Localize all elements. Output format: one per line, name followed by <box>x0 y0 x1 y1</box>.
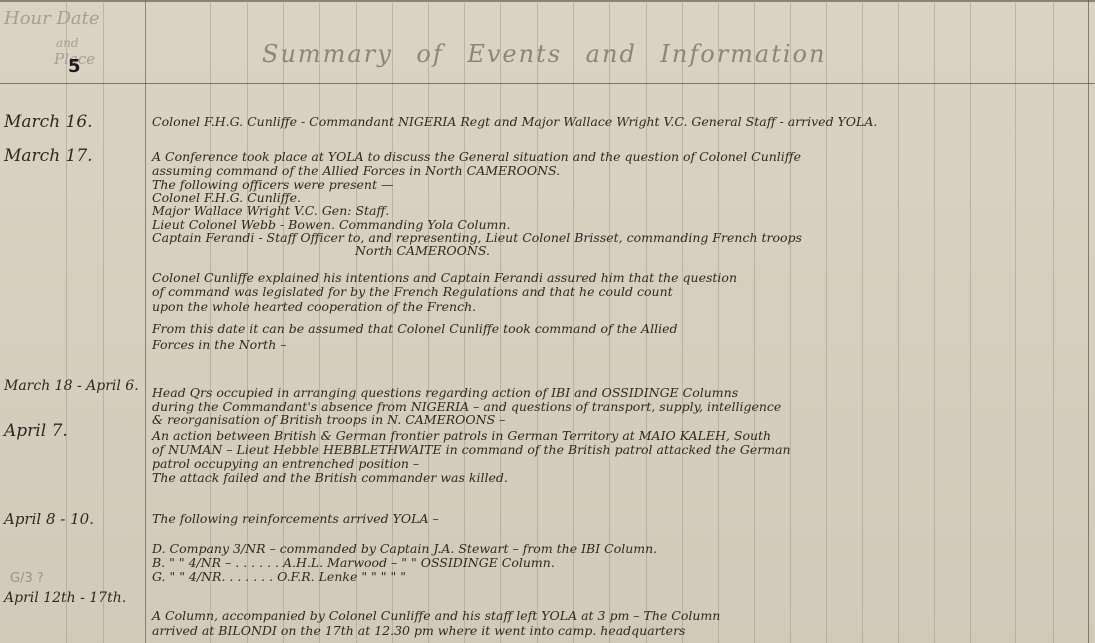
entry-date: March 17. <box>4 146 93 166</box>
ledger-line <box>790 0 791 643</box>
ledger-line <box>1015 0 1016 643</box>
header-label-hour-date: Hour Date <box>4 8 100 29</box>
page-top-edge <box>0 0 1095 2</box>
entry-line: upon the whole hearted cooperation of th… <box>152 300 476 314</box>
entry-line: of NUMAN – Lieut Hebble HEBBLETHWAITE in… <box>152 443 791 457</box>
entry-line: Colonel Cunliffe explained his intention… <box>152 271 737 285</box>
entry-line: An action between British & German front… <box>152 429 771 443</box>
entry-line: B. " " 4/NR – . . . . . . A.H.L. Marwood… <box>152 556 555 570</box>
entry-line: The attack failed and the British comman… <box>152 471 508 485</box>
entry-line: Major Wallace Wright V.C. Gen: Staff. <box>152 204 389 218</box>
right-margin-line <box>1088 0 1089 643</box>
date-column-divider <box>145 0 146 643</box>
header-rule <box>0 83 1095 84</box>
ledger-line <box>862 0 863 643</box>
ledger-line <box>754 0 755 643</box>
column-header-hour-date-place: Hour Date and Place <box>4 8 100 30</box>
ledger-line <box>970 0 971 643</box>
ledger-line <box>1053 0 1054 643</box>
entry-date: March 16. <box>4 112 93 132</box>
entry-line: A Conference took place at YOLA to discu… <box>152 150 801 164</box>
entry-date: April 12th - 17th. <box>4 590 126 606</box>
page-title: Summary of Events and Information <box>262 40 826 68</box>
entry-line: A Column, accompanied by Colonel Cunliff… <box>152 609 720 623</box>
ledger-line <box>718 0 719 643</box>
ledger-line <box>103 0 104 643</box>
ledger-line <box>898 0 899 643</box>
entry-line: North CAMEROONS. <box>355 244 490 258</box>
margin-note: G/3 ? <box>10 571 44 586</box>
entry-line: From this date it can be assumed that Co… <box>152 322 677 336</box>
entry-date: April 8 - 10. <box>4 510 94 528</box>
entry-line: Forces in the North – <box>152 338 286 352</box>
entry-line: Head Qrs occupied in arranging questions… <box>152 386 738 400</box>
entry-line: G. " " 4/NR. . . . . . . O.F.R. Lenke " … <box>152 570 406 584</box>
ledger-line <box>826 0 827 643</box>
entry-line: & reorganisation of British troops in N.… <box>152 413 505 427</box>
entry-line: Colonel F.H.G. Cunliffe - Commandant NIG… <box>152 115 877 129</box>
entry-line: arrived at BILONDI on the 17th at 12.30 … <box>152 624 685 638</box>
entry-line: assuming command of the Allied Forces in… <box>152 164 560 178</box>
ledger-line <box>682 0 683 643</box>
entry-date: March 18 - April 6. <box>4 378 139 394</box>
entry-date: April 7. <box>4 421 68 441</box>
diary-page: Hour Date and Place 5 Summary of Events … <box>0 0 1095 643</box>
entry-line: D. Company 3/NR – commanded by Captain J… <box>152 542 657 556</box>
entry-line: The following reinforcements arrived YOL… <box>152 512 439 526</box>
ledger-line <box>66 0 67 643</box>
page-number-mark: 5 <box>68 56 81 77</box>
ledger-line <box>934 0 935 643</box>
entry-line: patrol occupying an entrenched position … <box>152 457 419 471</box>
entry-line: of command was legislated for by the Fre… <box>152 285 673 299</box>
